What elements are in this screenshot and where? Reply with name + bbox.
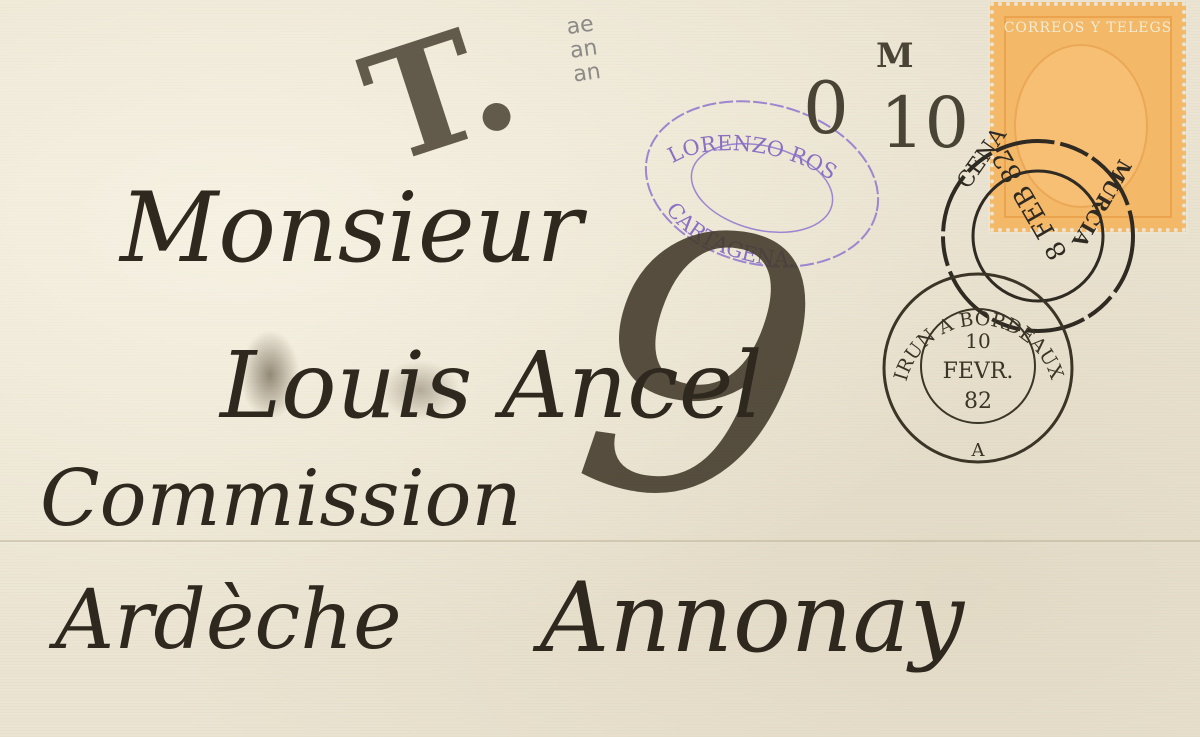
postal-cover: CORREOS Y TELEGS CENA MURCIA 8 FEB 82 IR…	[0, 0, 1200, 737]
address-line-salutation: Monsieur	[120, 180, 582, 276]
address-line-commission: Commission	[40, 460, 522, 538]
rate-mark-ten: 10	[880, 88, 969, 158]
postmark-date-text: 8 FEB 82	[987, 144, 1074, 265]
irun-bordeaux-postmark: IRUN A BORDEAUX 10 FEVR. 82 A	[875, 268, 1085, 468]
address-line-department: Ardèche	[55, 580, 402, 662]
postmark-letter: A	[971, 440, 986, 461]
pencil-note: an	[572, 60, 603, 88]
address-line-city: Annonay	[540, 570, 964, 666]
postmark-year: 82	[964, 389, 992, 414]
postmark-day: 10	[965, 329, 990, 353]
stamp-inscription: CORREOS Y TELEGS	[994, 20, 1182, 36]
pencil-notes: ae an an	[565, 12, 602, 87]
rate-mark-m: M	[876, 36, 914, 76]
postmark-month: FEVR.	[943, 359, 1014, 384]
tax-mark: T.	[348, 0, 532, 187]
rate-mark-zero: 0	[803, 72, 849, 144]
address-line-name: Louis Ancel	[220, 340, 763, 432]
